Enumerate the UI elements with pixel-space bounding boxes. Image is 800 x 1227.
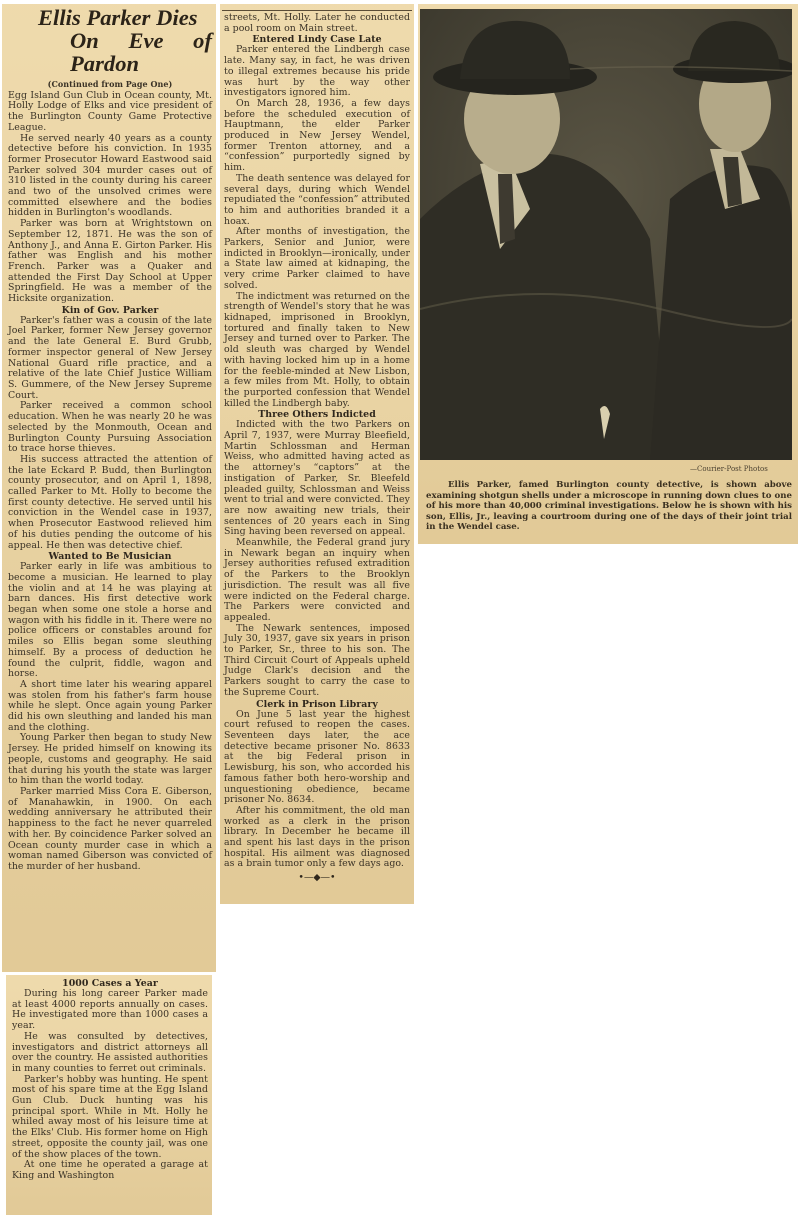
paragraph: On March 28, 1936, a few days before the…	[224, 99, 410, 174]
paragraph: After his commitment, the old man worked…	[224, 806, 410, 870]
article-column-1b: 1000 Cases a Year During his long career…	[12, 978, 208, 1182]
paragraph: During his long career Parker made at le…	[12, 989, 208, 1032]
paragraph: Meanwhile, the Federal grand jury in New…	[224, 538, 410, 624]
paragraph: Egg Island Gun Club in Ocean county, Mt.…	[8, 91, 212, 134]
photo-parker-and-son	[420, 9, 792, 460]
paragraph: Indicted with the two Parkers on April 7…	[224, 420, 410, 538]
paragraph: streets, Mt. Holly. Later he conducted a…	[224, 13, 410, 34]
paragraph: A short time later his wearing apparel w…	[8, 680, 212, 734]
continued-note: (Continued from Page One)	[8, 79, 212, 90]
paragraph: The death sentence was delayed for sever…	[224, 174, 410, 228]
paragraph: Young Parker then began to study New Jer…	[8, 733, 212, 787]
paragraph: The indictment was returned on the stren…	[224, 292, 410, 410]
top-rule	[222, 10, 412, 11]
paragraph: He served nearly 40 years as a county de…	[8, 134, 212, 220]
paragraph: His success attracted the attention of t…	[8, 455, 212, 551]
photo-caption: Ellis Parker, famed Burlington county de…	[426, 480, 792, 533]
paragraph: Parker was born at Wrightstown on Septem…	[8, 219, 212, 305]
end-ornament: •—◆—•	[224, 872, 410, 883]
paragraph: On June 5 last year the highest court re…	[224, 710, 410, 806]
headline-line-1: Ellis Parker Dies	[8, 6, 212, 29]
paragraph: At one time he operated a garage at King…	[12, 1160, 208, 1181]
paragraph: Parker entered the Lindbergh case late. …	[224, 45, 410, 99]
paragraph: Parker's hobby was hunting. He spent mos…	[12, 1075, 208, 1161]
paragraph: Parker received a common school educatio…	[8, 401, 212, 455]
article-column-1: Ellis Parker Dies On Eve of Pardon (Cont…	[8, 6, 212, 873]
headline-line-2: On Eve of Pardon	[8, 29, 212, 75]
photo-illustration	[420, 9, 792, 460]
article-column-2: streets, Mt. Holly. Later he conducted a…	[224, 13, 410, 883]
paragraph: Parker married Miss Cora E. Giberson, of…	[8, 787, 212, 873]
subhead-clerk-in-prison-library: Clerk in Prison Library	[224, 699, 410, 710]
paragraph: Parker's father was a cousin of the late…	[8, 316, 212, 402]
caption-text: Ellis Parker, famed Burlington county de…	[426, 480, 792, 533]
paragraph: He was consulted by detectives, investig…	[12, 1032, 208, 1075]
photo-credit: —Courier-Post Photos	[690, 465, 768, 473]
paragraph: After months of investigation, the Parke…	[224, 227, 410, 291]
paragraph: The Newark sentences, imposed July 30, 1…	[224, 624, 410, 699]
paragraph: Parker early in life was ambitious to be…	[8, 562, 212, 680]
